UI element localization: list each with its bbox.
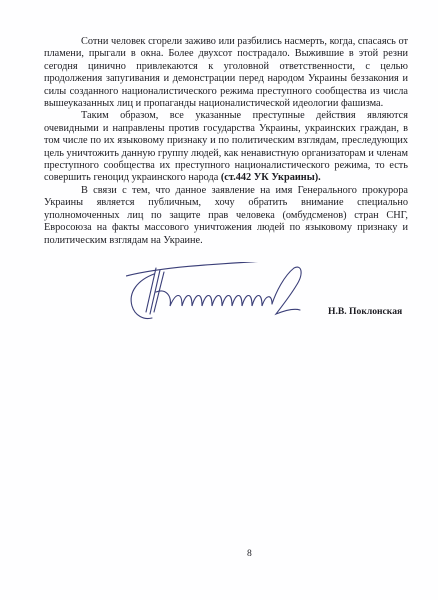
signature-icon	[126, 262, 326, 326]
page-number: 8	[247, 548, 252, 559]
paragraph-1: Сотни человек сгорели заживо или разбили…	[44, 36, 408, 110]
signer-name: Н.В. Поклонская	[328, 306, 402, 317]
body-text: Сотни человек сгорели заживо или разбили…	[44, 36, 408, 247]
article-reference: (ст.442 УК Украины).	[221, 172, 321, 183]
document-page: Сотни человек сгорели заживо или разбили…	[0, 0, 438, 600]
paragraph-3: В связи с тем, что данное заявление на и…	[44, 185, 408, 247]
paragraph-2: Таким образом, все указанные преступные …	[44, 110, 408, 184]
